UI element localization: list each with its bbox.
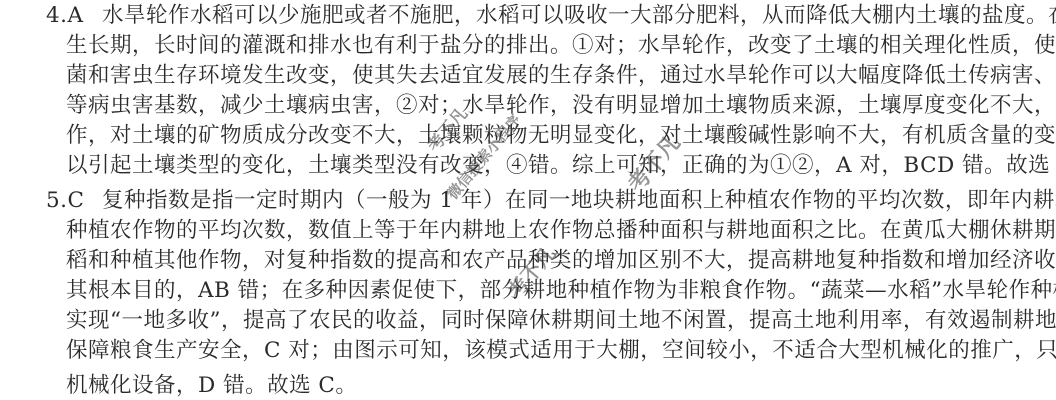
answer-5-line-6: 保障粮食生产安全，C 对；由图示可知，该模式适用于大棚，空间较小，不适合大型机械… [66,336,1040,366]
answer-5-line-7: 机械化设备，D 错。故选 C。 [66,371,1040,400]
answer-5-line-2: 种植农作物的平均次数，数值上等于年内耕地上农作物总播种面积与耕地面积之比。在黄瓜… [66,216,1040,246]
answer-letter: C [68,188,85,213]
answer-4-line-1: 4.A水旱轮作水稻可以少施肥或者不施肥，水稻可以吸收一大部分肥料，从而降低大棚内… [46,1,1040,31]
answer-4-line-2: 生长期，长时间的灌溉和排水也有利于盐分的排出。①对；水旱轮作，改变了土壤的相关理… [66,31,1040,61]
answer-4-line-5: 作，对土壤的矿物质成分改变不大，土壤颗粒物无明显变化，对土壤酸碱性影响不大，有机… [66,121,1040,151]
answer-5-line-5: 实现“一地多收”，提高了农民的收益，同时保障休耕期间土地不闲置，提高土地利用率，… [66,306,1040,336]
answer-5-line-4: 其根本目的，AB 错；在多种因素促使下，部分耕地种植作物为非粮食作物。“蔬菜—水… [66,276,1040,306]
answer-4-line-4: 等病虫害基数，减少土壤病虫害，②对；水旱轮作，没有明显增加土壤物质来源，土壤厚度… [66,91,1040,121]
document-page: 4.A水旱轮作水稻可以少施肥或者不施肥，水稻可以吸收一大部分肥料，从而降低大棚内… [0,0,1056,400]
question-number-4: 4.A [46,1,102,31]
answer-4-line-6: 以引起土壤类型的变化，土壤类型没有改变，④错。综上可知，正确的为①②，A 对，B… [66,151,1040,181]
answer-letter: A [68,3,84,28]
question-number-5: 5.C [46,186,102,216]
answer-5-line-3: 稻和种植其他作物，对复种指数的提高和农产品种类的增加区别不大，提高耕地复种指数和… [66,246,1040,276]
answer-4-line-3: 菌和害虫生存环境发生改变，使其失去适宜发展的生存条件，通过水旱轮作可以大幅度降低… [66,61,1040,91]
answer-5-line-1: 5.C复种指数是指一定时期内（一般为 1 年）在同一地块耕地面积上种植农作物的平… [46,186,1040,216]
